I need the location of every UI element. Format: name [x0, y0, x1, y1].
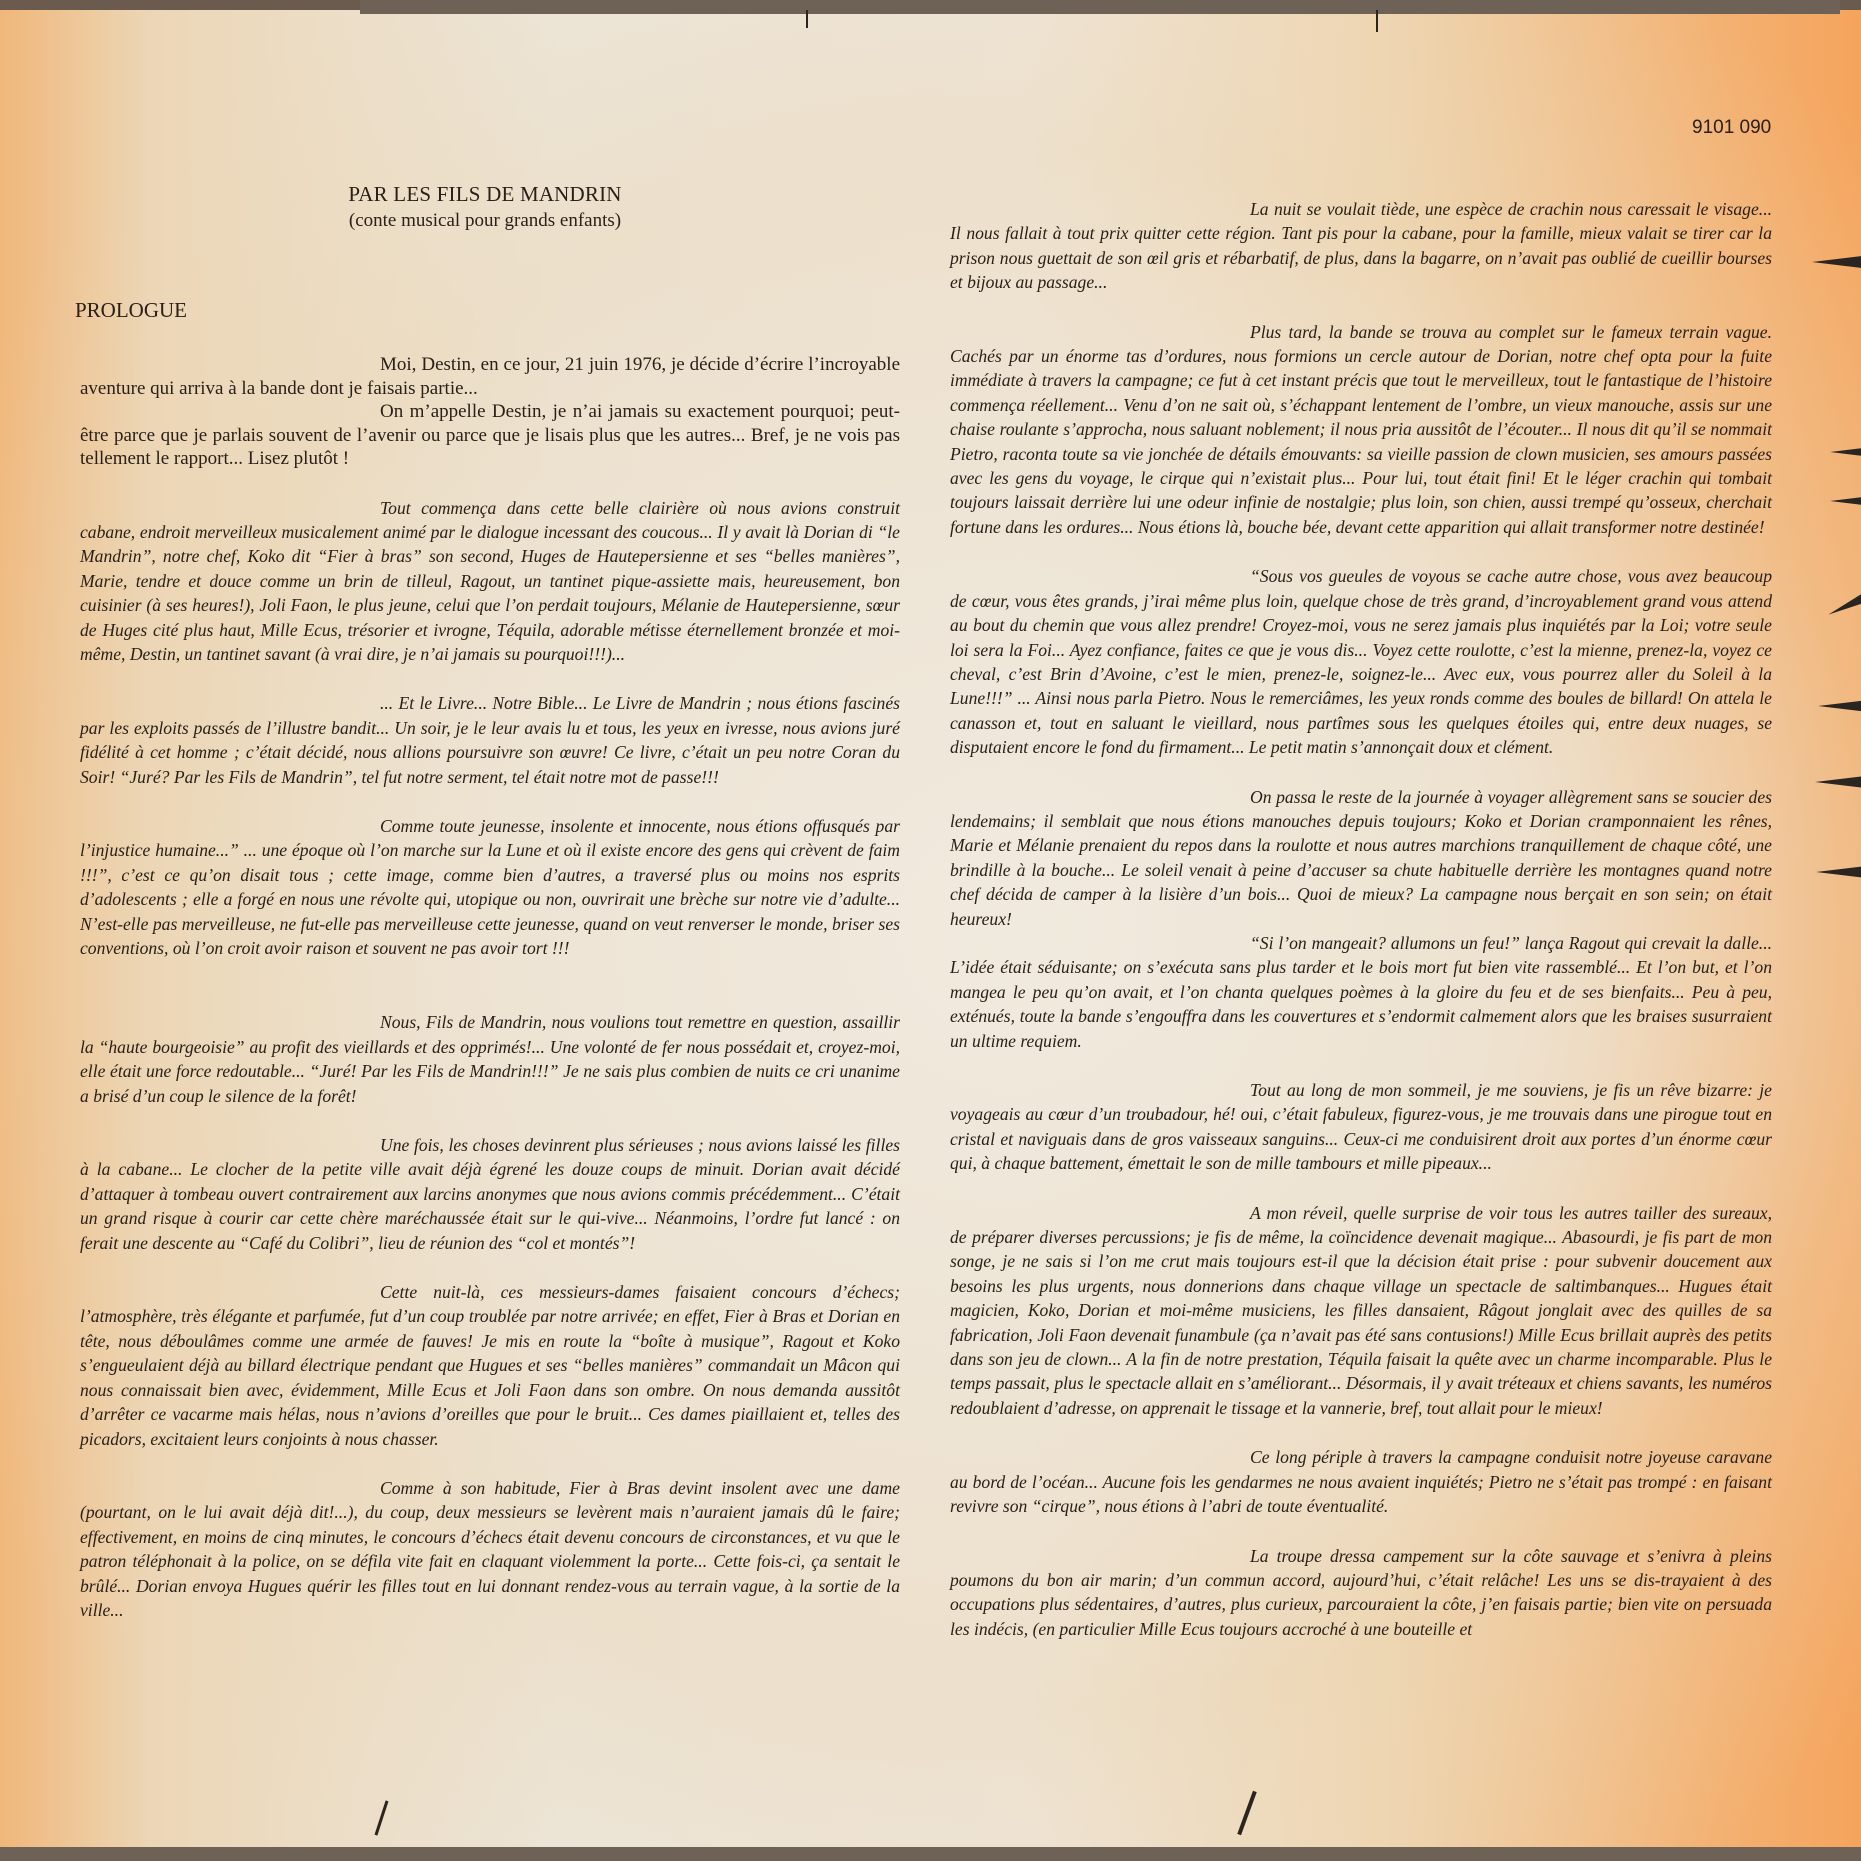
crease-mark — [806, 10, 808, 28]
paragraph: Cette nuit-là, ces messieurs-dames faisa… — [80, 1280, 900, 1451]
section-heading: PROLOGUE — [75, 298, 187, 323]
edge-notch — [1818, 700, 1861, 712]
paragraph: Une fois, les choses devinrent plus séri… — [80, 1133, 900, 1255]
paragraph: “Si l’on mangeait? allumons un feu!” lan… — [950, 931, 1772, 1053]
left-column: Moi, Destin, en ce jour, 21 juin 1976, j… — [80, 353, 900, 1622]
paragraph: “Sous vos gueules de voyous se cache aut… — [950, 564, 1772, 759]
crease-mark — [1376, 10, 1378, 32]
page-title: PAR LES FILS DE MANDRIN — [290, 182, 680, 207]
paragraph: Comme toute jeunesse, insolente et innoc… — [80, 814, 900, 960]
paragraph: Tout commença dans cette belle clairière… — [80, 496, 900, 667]
page-subtitle: (conte musical pour grands enfants) — [290, 210, 680, 232]
paragraph: Moi, Destin, en ce jour, 21 juin 1976, j… — [80, 353, 900, 400]
paragraph: Ce long périple à travers la campagne co… — [950, 1445, 1772, 1518]
title-block: PAR LES FILS DE MANDRIN (conte musical p… — [290, 182, 680, 232]
right-column: La nuit se voulait tiède, une espèce de … — [950, 197, 1772, 1641]
paragraph: On m’appelle Destin, je n’ai jamais su e… — [80, 400, 900, 471]
catalog-number: 9101 090 — [1692, 117, 1771, 139]
paragraph: Nous, Fils de Mandrin, nous voulions tou… — [80, 1010, 900, 1108]
paragraph: La troupe dressa campement sur la côte s… — [950, 1544, 1772, 1642]
paragraph: La nuit se voulait tiède, une espèce de … — [950, 197, 1772, 295]
edge-notch — [1815, 776, 1861, 788]
edge-notch — [1830, 495, 1861, 507]
edge-notch — [1816, 866, 1861, 878]
paragraph: Tout au long de mon sommeil, je me souvi… — [950, 1078, 1772, 1176]
paragraph: A mon réveil, quelle surprise de voir to… — [950, 1201, 1772, 1421]
edge-notch — [1830, 446, 1861, 458]
bottom-torn-edge — [0, 1847, 1861, 1861]
top-torn-edge — [360, 0, 1840, 14]
edge-notch — [1812, 256, 1861, 268]
paragraph: Plus tard, la bande se trouva au complet… — [950, 320, 1772, 540]
paragraph: On passa le reste de la journée à voyage… — [950, 785, 1772, 931]
paragraph: Comme à son habitude, Fier à Bras devint… — [80, 1476, 900, 1622]
paragraph: ... Et le Livre... Notre Bible... Le Liv… — [80, 691, 900, 789]
